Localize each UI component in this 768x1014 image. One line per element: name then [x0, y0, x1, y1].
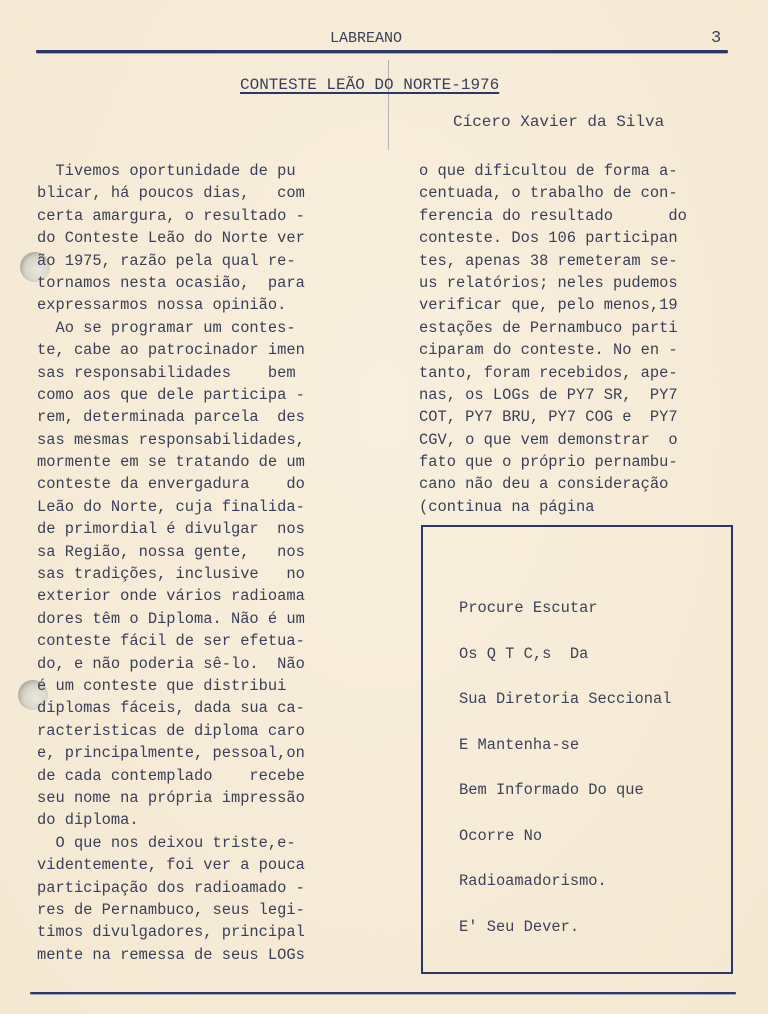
text-line: tanto, foram recebidos, ape- [419, 362, 687, 384]
text-line: tornamos nesta ocasião, para [37, 272, 305, 294]
text-line: ciparam do conteste. No en - [419, 339, 687, 361]
text-line: do, e não poderia sê-lo. Não [37, 653, 305, 675]
text-line: sas mesmas responsabilidades, [37, 429, 305, 451]
text-line: expressarmos nossa opinião. [37, 294, 305, 316]
text-line: Tivemos oportunidade de pu [37, 160, 305, 182]
right-column-text: o que dificultou de forma a-centuada, o … [419, 160, 687, 518]
footer-rule [30, 992, 736, 994]
text-line: blicar, há poucos dias, com [37, 182, 305, 204]
text-line: mente na remessa de seus LOGs [37, 944, 305, 966]
text-line: como aos que dele participa - [37, 384, 305, 406]
header-rule [36, 50, 728, 53]
text-line: de primordial é divulgar nos [37, 518, 305, 540]
text-line: cano não deu a consideração [419, 473, 687, 495]
text-line: o que dificultou de forma a- [419, 160, 687, 182]
text-line: conteste da envergadura do [37, 473, 305, 495]
notice-line: E Mantenha-se [459, 736, 579, 754]
text-line: ão 1975, razão pela qual re- [37, 250, 305, 272]
text-line: mormente em se tratando de um [37, 451, 305, 473]
notice-line: Procure Escutar [459, 599, 598, 617]
notice-line: Os Q T C,s Da [459, 645, 588, 663]
notice-line: Radioamadorismo. [459, 872, 607, 890]
text-line: participação dos radioamado - [37, 877, 305, 899]
text-line: dores têm o Diploma. Não é um [37, 608, 305, 630]
text-line: conteste. Dos 106 participan [419, 227, 687, 249]
text-line: centuada, o trabalho de con- [419, 182, 687, 204]
document-page: LABREANO 3 CONTESTE LEÃO DO NORTE-1976 C… [0, 0, 768, 1014]
text-line: Leão do Norte, cuja finalida- [37, 496, 305, 518]
notice-line: Sua Diretoria Seccional [459, 690, 671, 708]
text-line: verificar que, pelo menos,19 [419, 294, 687, 316]
notice-line: Ocorre No [459, 827, 542, 845]
text-line: diplomas fáceis, dada sua ca- [37, 697, 305, 719]
publication-title: LABREANO [330, 30, 402, 47]
text-line: fato que o próprio pernambu- [419, 451, 687, 473]
article-author: Cícero Xavier da Silva [453, 113, 664, 131]
text-line: racteristicas de diploma caro [37, 720, 305, 742]
text-line: rem, determinada parcela des [37, 406, 305, 428]
text-line: e, principalmente, pessoal,on [37, 742, 305, 764]
notice-box: Procure EscutarOs Q T C,s DaSua Diretori… [421, 525, 733, 974]
text-line: O que nos deixou triste,e- [37, 832, 305, 854]
text-line: COT, PY7 BRU, PY7 COG e PY7 [419, 406, 687, 428]
page-number: 3 [711, 29, 721, 48]
text-line: te, cabe ao patrocinador imen [37, 339, 305, 361]
text-line: do Conteste Leão do Norte ver [37, 227, 305, 249]
text-line: de cada contemplado recebe [37, 765, 305, 787]
text-line: (continua na página [419, 496, 687, 518]
text-line: timos divulgadores, principal [37, 921, 305, 943]
text-line: us relatórios; neles pudemos [419, 272, 687, 294]
notice-line: E' Seu Dever. [459, 918, 579, 936]
article-title: CONTESTE LEÃO DO NORTE-1976 [240, 76, 499, 94]
text-line: sa Região, nossa gente, nos [37, 541, 305, 563]
notice-line: Bem Informado Do que [459, 781, 644, 799]
text-line: certa amargura, o resultado - [37, 205, 305, 227]
text-line: res de Pernambuco, seus legi- [37, 899, 305, 921]
text-line: estações de Pernambuco parti [419, 317, 687, 339]
left-column-text: Tivemos oportunidade de publicar, há pou… [37, 160, 305, 966]
text-line: videntemente, foi ver a pouca [37, 854, 305, 876]
text-line: do diploma. [37, 809, 305, 831]
text-line: nas, os LOGs de PY7 SR, PY7 [419, 384, 687, 406]
text-line: sas responsabilidades bem [37, 362, 305, 384]
text-line: sas tradições, inclusive no [37, 563, 305, 585]
text-line: CGV, o que vem demonstrar o [419, 429, 687, 451]
text-line: Ao se programar um contes- [37, 317, 305, 339]
text-line: tes, apenas 38 remeteram se- [419, 250, 687, 272]
text-line: é um conteste que distribui [37, 675, 305, 697]
text-line: conteste fácil de ser efetua- [37, 630, 305, 652]
column-divider [388, 60, 389, 150]
text-line: exterior onde vários radioama [37, 585, 305, 607]
text-line: ferencia do resultado do [419, 205, 687, 227]
text-line: seu nome na própria impressão [37, 787, 305, 809]
